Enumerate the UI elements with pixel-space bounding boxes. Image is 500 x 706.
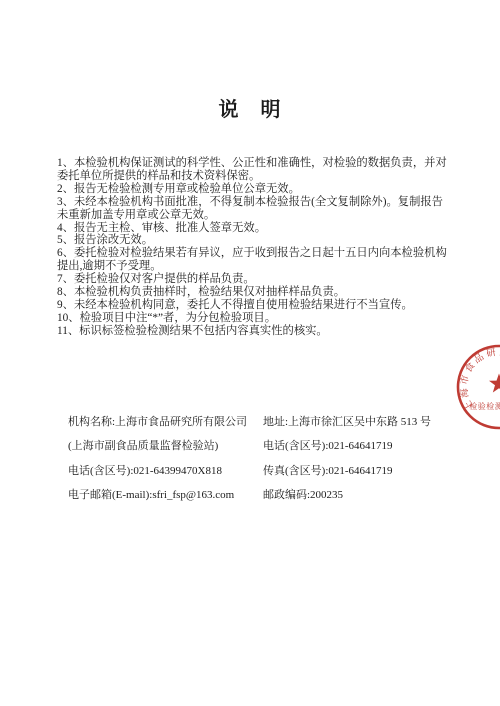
org-phone-ext: 电话(含区号):021-64399470X818 [68, 465, 263, 477]
seal-graphic: 上海市食品研究所有限公司 检验检测专用章 [439, 327, 500, 447]
org-fax: 传真(含区号):021-64641719 [263, 465, 448, 477]
footer-row: 电子邮箱(E-mail):sfri_fsp@163.com 邮政编码:20023… [68, 489, 448, 513]
note-line: 9、未经本检验机构同意，委托人不得擅自使用检验结果进行不当宣传。 [57, 299, 449, 312]
document-page: 说 明 1、本检验机构保证测试的科学性、公正性和准确性，对检验的数据负责，并对 … [0, 0, 500, 706]
footer-row: 机构名称:上海市食品研究所有限公司 地址:上海市徐汇区吴中东路 513 号 [68, 416, 448, 440]
org-name: 机构名称:上海市食品研究所有限公司 [68, 416, 263, 428]
note-line: 2、报告无检验检测专用章或检验单位公章无效。 [57, 183, 449, 196]
note-line: 5、报告涂改无效。 [57, 234, 449, 247]
note-line: 11、标识标签检验检测结果不包括内容真实性的核实。 [57, 325, 449, 338]
note-line: 10、检验项目中注“*”者，为分包检验项目。 [57, 312, 449, 325]
note-line: 3、未经本检验机构书面批准，不得复制本检验报告(全文复制除外)。复制报告 [57, 196, 449, 209]
contact-info: 机构名称:上海市食品研究所有限公司 地址:上海市徐汇区吴中东路 513 号 (上… [68, 416, 448, 514]
page-title: 说 明 [0, 98, 500, 122]
note-line: 未重新加盖专用章或公章无效。 [57, 209, 449, 222]
note-line: 1、本检验机构保证测试的科学性、公正性和准确性，对检验的数据负责，并对 [57, 157, 449, 170]
note-line: 委托单位所提供的样品和技术资料保密。 [57, 170, 449, 183]
official-seal: 上海市食品研究所有限公司 检验检测专用章 [439, 327, 500, 447]
seal-star-icon [489, 374, 500, 393]
footer-row: (上海市副食品质量监督检验站) 电话(含区号):021-64641719 [68, 440, 448, 464]
note-line: 8、本检验机构负责抽样时，检验结果仅对抽样样品负责。 [57, 286, 449, 299]
seal-center-text: 检验检测专用章 [469, 401, 500, 411]
note-line: 7、委托检验仅对客户提供的样品负责。 [57, 273, 449, 286]
note-line: 提出,逾期不予受理。 [57, 260, 449, 273]
org-postal-code: 邮政编码:200235 [263, 489, 448, 501]
org-address: 地址:上海市徐汇区吴中东路 513 号 [263, 416, 448, 428]
note-line: 4、报告无主检、审核、批准人签章无效。 [57, 222, 449, 235]
org-phone: 电话(含区号):021-64641719 [263, 440, 448, 452]
note-line: 6、委托检验对检验结果若有异议，应于收到报告之日起十五日内向本检验机构 [57, 247, 449, 260]
org-subname: (上海市副食品质量监督检验站) [68, 440, 263, 452]
notes-list: 1、本检验机构保证测试的科学性、公正性和准确性，对检验的数据负责，并对 委托单位… [57, 157, 449, 338]
org-email: 电子邮箱(E-mail):sfri_fsp@163.com [68, 489, 263, 501]
footer-row: 电话(含区号):021-64399470X818 传真(含区号):021-646… [68, 465, 448, 489]
